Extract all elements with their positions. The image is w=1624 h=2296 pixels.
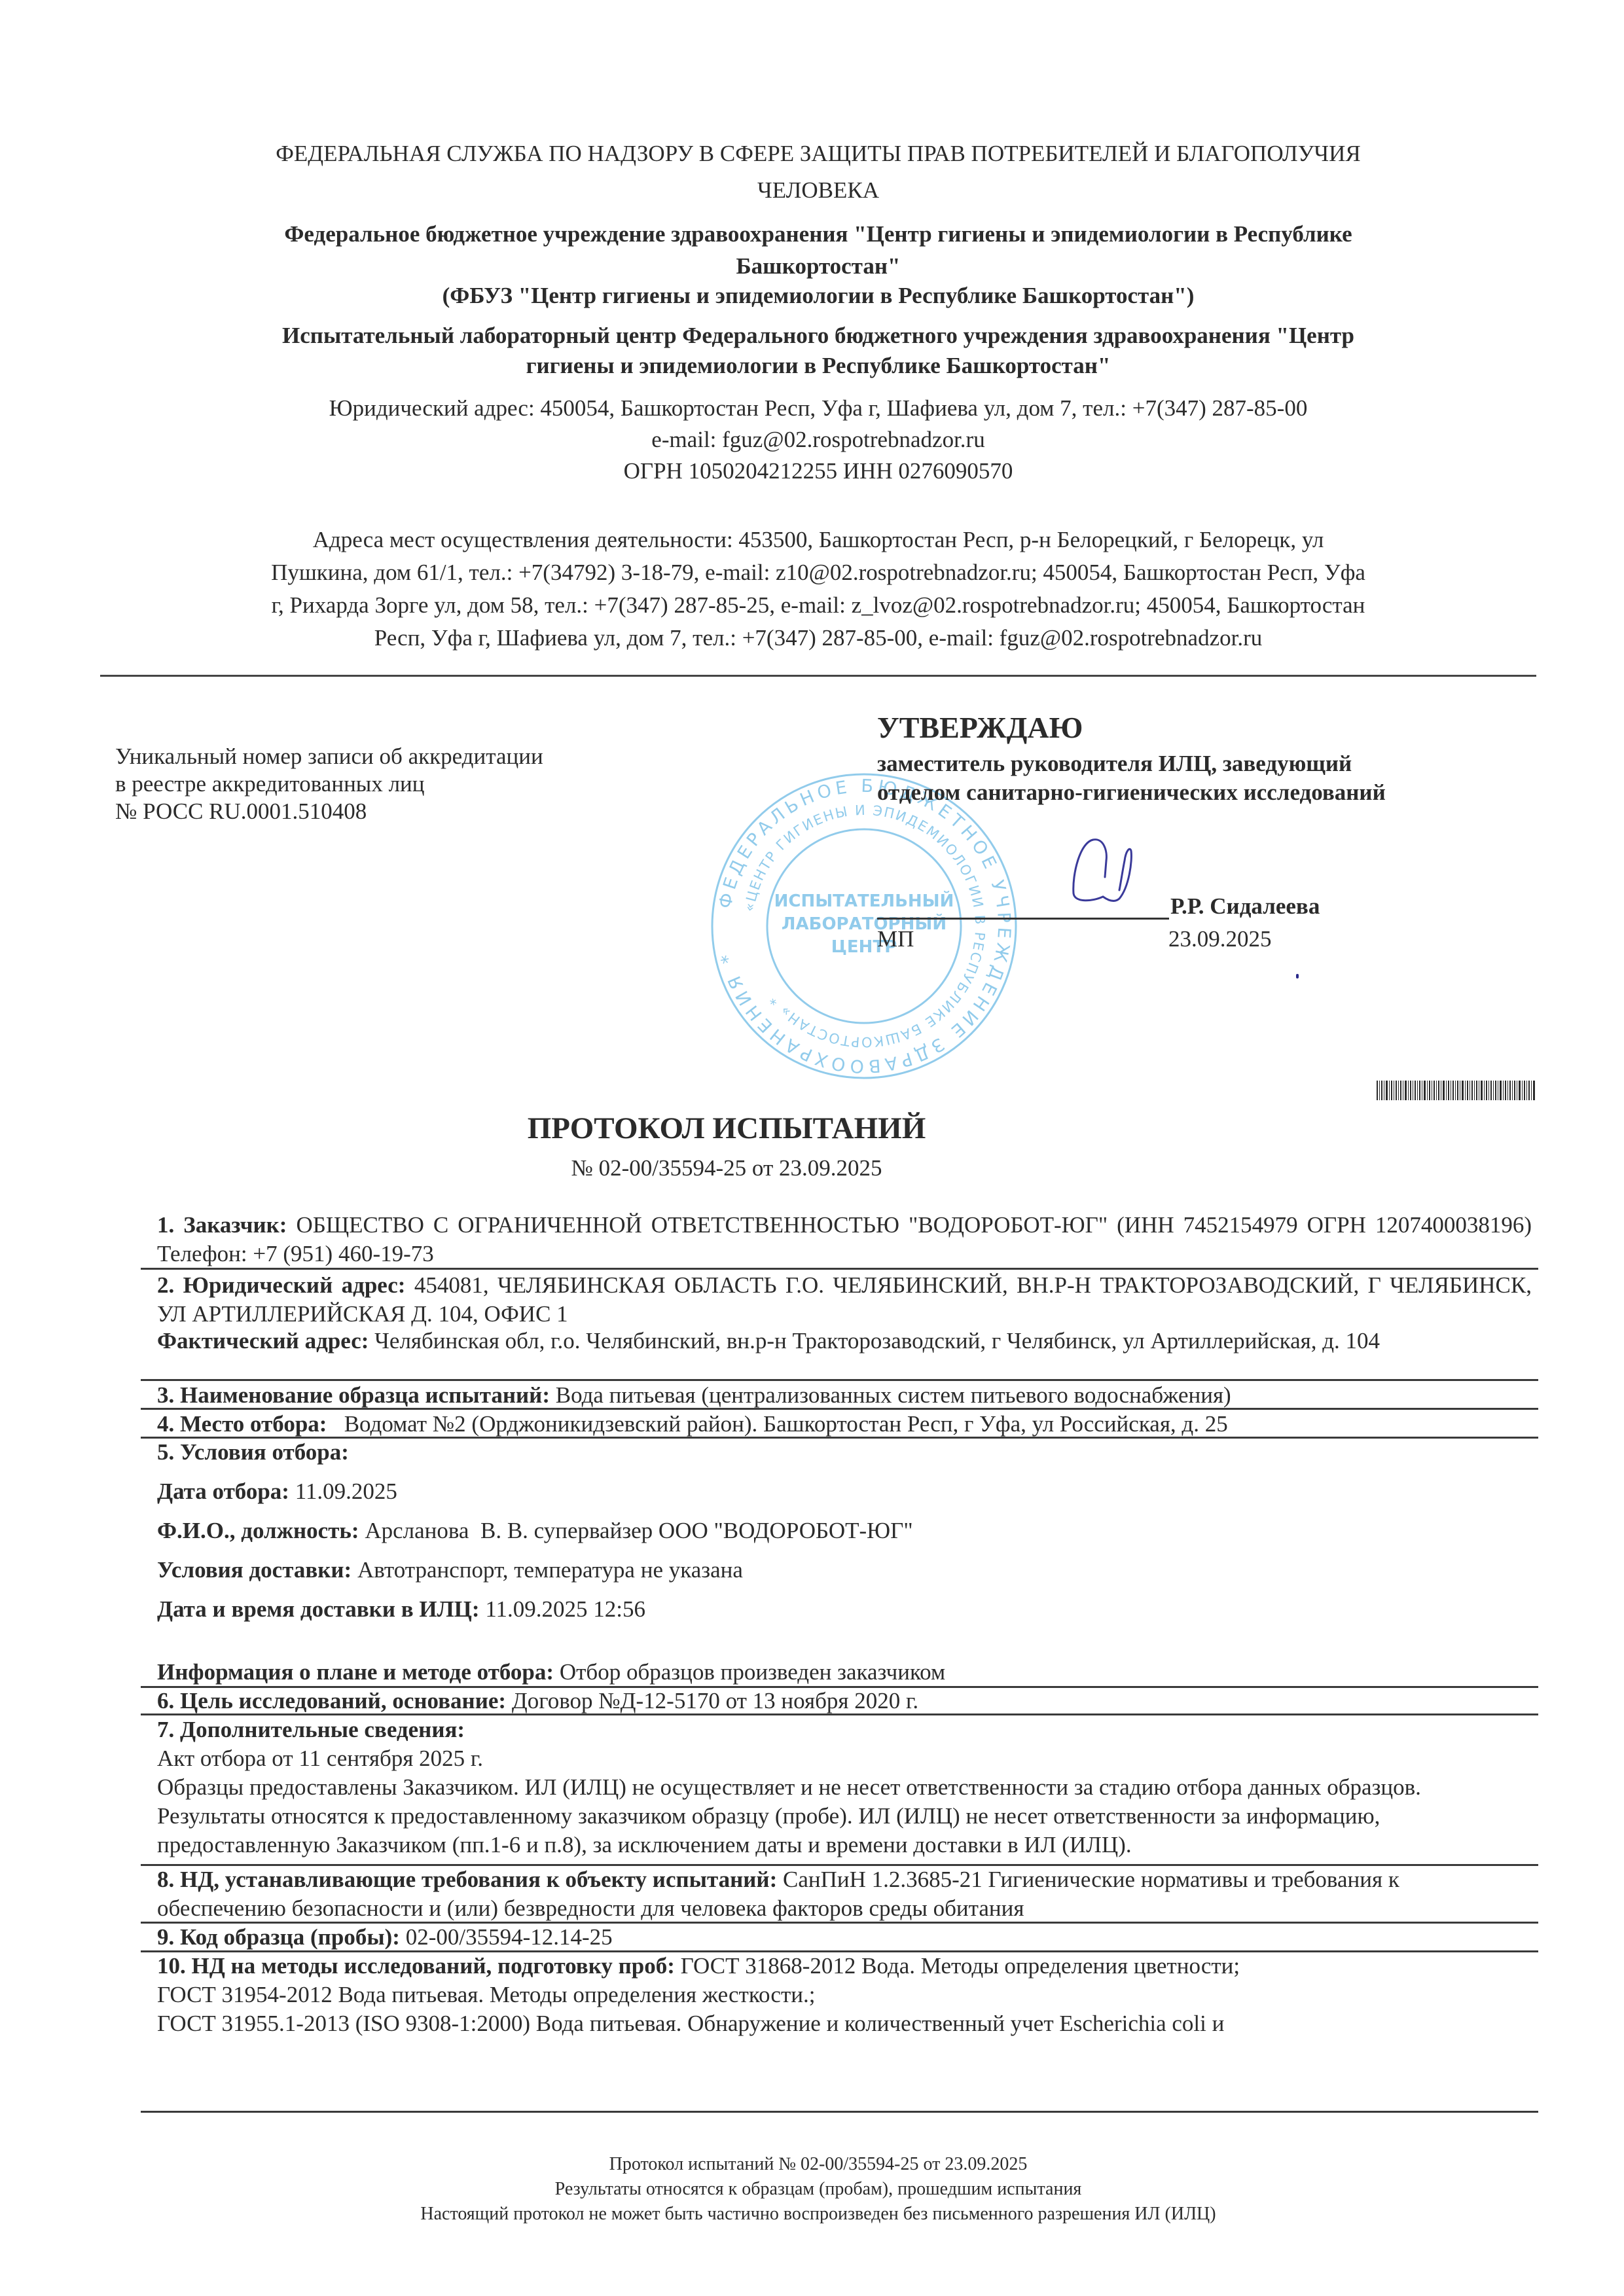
accreditation-line1: Уникальный номер записи об аккредитации [115, 743, 543, 770]
field-label: Условия доставки: [157, 1557, 352, 1583]
method-item: ГОСТ 31954-2012 Вода питьевая. Методы оп… [157, 1981, 1532, 2009]
section-label: 10. НД на методы исследований, подготовк… [157, 1953, 675, 1979]
section-customer: 1. Заказчик: ОБЩЕСТВО С ОГРАНИЧЕННОЙ ОТВ… [157, 1211, 1532, 1268]
accreditation-number: № РОСС RU.0001.510408 [115, 798, 543, 825]
sampling-plan-row: Информация о плане и методе отбора: Отбо… [157, 1658, 1532, 1687]
activity-site-line: Респ, Уфа г, Шафиева ул, дом 7, тел.: +7… [105, 622, 1532, 655]
seal-label: МП [877, 926, 914, 952]
sampling-plan-value: Отбор образцов произведен заказчиком [560, 1659, 945, 1685]
approver-position-line1: заместитель руководителя ИЛЦ, заведующий [877, 749, 1386, 778]
method-item: ГОСТ 31955.1-2013 (ISO 9308-1:2000) Вода… [157, 2009, 1532, 2038]
purpose-value: Договор №Д-12-5170 от 13 ноября 2020 г. [512, 1688, 918, 1713]
org-email: e-mail: fguz@02.rospotrebnadzor.ru [98, 424, 1538, 456]
agency-name-line1: ФЕДЕРАЛЬНАЯ СЛУЖБА ПО НАДЗОРУ В СФЕРЕ ЗА… [98, 135, 1538, 172]
section-label: 7. Дополнительные сведения: [157, 1715, 1532, 1744]
sample-code-value: 02-00/35594-12.14-25 [406, 1924, 613, 1950]
section-additional-info: 7. Дополнительные сведения: Акт отбора о… [157, 1715, 1532, 1859]
section-purpose: 6. Цель исследований, основание: Договор… [157, 1687, 1532, 1715]
section-label: 2. Юридический адрес: [157, 1272, 405, 1298]
laboratory-name-line1: Испытательный лабораторный центр Федерал… [98, 321, 1538, 351]
approval-date: 23.09.2025 [1168, 926, 1272, 952]
section-methods: 10. НД на методы исследований, подготовк… [157, 1952, 1532, 2038]
agency-name: ФЕДЕРАЛЬНАЯ СЛУЖБА ПО НАДЗОРУ В СФЕРЕ ЗА… [98, 135, 1538, 209]
legal-contacts: Юридический адрес: 450054, Башкортостан … [98, 393, 1538, 487]
activity-site-line: Адреса мест осуществления деятельности: … [105, 524, 1532, 556]
accreditation-block: Уникальный номер записи об аккредитации … [115, 743, 543, 825]
barcode-icon [1377, 1081, 1535, 1100]
field-label: Информация о плане и методе отбора: [157, 1659, 554, 1685]
delivery-conditions-row: Условия доставки: Автотранспорт, темпера… [157, 1556, 1532, 1585]
delivery-time-value: 11.09.2025 12:56 [485, 1596, 645, 1622]
approver-position: заместитель руководителя ИЛЦ, заведующий… [877, 749, 1386, 807]
section-label: 6. Цель исследований, основание: [157, 1688, 506, 1713]
section-sampling-place: 4. Место отбора: Водомат №2 (Орджоникидз… [157, 1410, 1532, 1439]
section-label: 1. Заказчик: [157, 1212, 287, 1238]
sampling-date-value: 11.09.2025 [295, 1479, 397, 1504]
svg-text:ИСПЫТАТЕЛЬНЫЙ: ИСПЫТАТЕЛЬНЫЙ [774, 890, 954, 911]
section-sample-name: 3. Наименование образца испытаний: Вода … [157, 1381, 1532, 1410]
delivery-time-row: Дата и время доставки в ИЛЦ: 11.09.2025 … [157, 1595, 1532, 1624]
sample-name-value: Вода питьевая (централизованных систем п… [556, 1382, 1231, 1408]
field-label: Дата отбора: [157, 1479, 289, 1504]
laboratory-name-line2: гигиены и эпидемиологии в Республике Баш… [98, 351, 1538, 381]
field-label: Дата и время доставки в ИЛЦ: [157, 1596, 480, 1622]
section-requirements: 8. НД, устанавливающие требования к объе… [157, 1865, 1506, 1923]
svg-text:ЛАБОРАТОРНЫЙ: ЛАБОРАТОРНЫЙ [782, 913, 947, 934]
approver-position-line2: отделом санитарно-гигиенических исследов… [877, 778, 1386, 807]
section-label: 9. Код образца (пробы): [157, 1924, 400, 1950]
section-legal-address: 2. Юридический адрес: 454081, ЧЕЛЯБИНСКА… [157, 1271, 1532, 1329]
section-sampling-conditions: 5. Условия отбора: [157, 1438, 1532, 1467]
ink-mark [1296, 974, 1299, 978]
header-divider [100, 675, 1536, 677]
signer-name: Р.Р. Сидалеева [1170, 893, 1320, 920]
sampling-place-value: Водомат №2 (Орджоникидзевский район). Ба… [344, 1411, 1228, 1437]
section-label: 4. Место отбора: [157, 1411, 327, 1437]
delivery-conditions-value: Автотранспорт, температура не указана [357, 1557, 743, 1583]
organization-short-name: (ФБУЗ "Центр гигиены и эпидемиологии в Р… [98, 280, 1538, 312]
activity-site-line: г, Рихарда Зорге ул, дом 58, тел.: +7(34… [105, 589, 1532, 622]
section-sample-code: 9. Код образца (пробы): 02-00/35594-12.1… [157, 1923, 1532, 1952]
sampling-date-row: Дата отбора: 11.09.2025 [157, 1477, 1532, 1506]
sampler-row: Ф.И.О., должность: Арсланова В. В. супер… [157, 1516, 1532, 1545]
footer-protocol-ref: Протокол испытаний № 02-00/35594-25 от 2… [98, 2152, 1538, 2177]
method-item: ГОСТ 31868-2012 Вода. Методы определения… [681, 1953, 1240, 1979]
protocol-title: ПРОТОКОЛ ИСПЫТАНИЙ [458, 1111, 995, 1146]
organization-name: Федеральное бюджетное учреждение здравоо… [98, 216, 1538, 312]
section-label: Фактический адрес: [157, 1328, 369, 1354]
footer-results-note: Результаты относятся к образцам (пробам)… [98, 2177, 1538, 2202]
agency-name-line2: ЧЕЛОВЕКА [98, 172, 1538, 209]
approval-title: УТВЕРЖДАЮ [877, 710, 1083, 745]
responsibility-note: Образцы предоставлены Заказчиком. ИЛ (ИЛ… [157, 1773, 1506, 1859]
legal-address: Юридический адрес: 450054, Башкортостан … [98, 393, 1538, 424]
page-footer: Протокол испытаний № 02-00/35594-25 от 2… [98, 2152, 1538, 2227]
actual-address-value: Челябинская обл, г.о. Челябинский, вн.р-… [374, 1328, 1380, 1354]
signature-line [877, 918, 1169, 920]
protocol-number: № 02-00/35594-25 от 23.09.2025 [458, 1155, 995, 1181]
activity-sites: Адреса мест осуществления деятельности: … [105, 524, 1532, 655]
org-ogrn-inn: ОГРН 1050204212255 ИНН 0276090570 [98, 456, 1538, 487]
seal-stamp-icon: ФЕДЕРАЛЬНОЕ БЮДЖЕТНОЕ УЧРЕЖДЕНИЕ ЗДРАВОО… [707, 769, 1021, 1083]
organization-name-line2: Башкортостан" [98, 253, 1538, 280]
section-actual-address: Фактический адрес: Челябинская обл, г.о.… [157, 1327, 1532, 1355]
sampling-act: Акт отбора от 11 сентября 2025 г. [157, 1744, 1532, 1773]
sampler-value: Арсланова В. В. супервайзер ООО "ВОДОРОБ… [365, 1518, 912, 1543]
organization-name-line1: Федеральное бюджетное учреждение здравоо… [98, 216, 1538, 253]
section-label: 8. НД, устанавливающие требования к объе… [157, 1867, 777, 1892]
section-label: 3. Наименование образца испытаний: [157, 1382, 550, 1408]
customer-value: ОБЩЕСТВО С ОГРАНИЧЕННОЙ ОТВЕТСТВЕННОСТЬЮ… [157, 1212, 1532, 1266]
laboratory-name: Испытательный лабораторный центр Федерал… [98, 321, 1538, 381]
footer-reproduction-note: Настоящий протокол не может быть частичн… [98, 2202, 1538, 2227]
section-divider [141, 2111, 1538, 2113]
field-label: Ф.И.О., должность: [157, 1518, 359, 1543]
activity-site-line: Пушкина, дом 61/1, тел.: +7(34792) 3-18-… [105, 556, 1532, 589]
signature-icon [1067, 834, 1165, 906]
section-divider [141, 1268, 1538, 1270]
accreditation-line2: в реестре аккредитованных лиц [115, 770, 543, 798]
section-label: 5. Условия отбора: [157, 1439, 349, 1465]
